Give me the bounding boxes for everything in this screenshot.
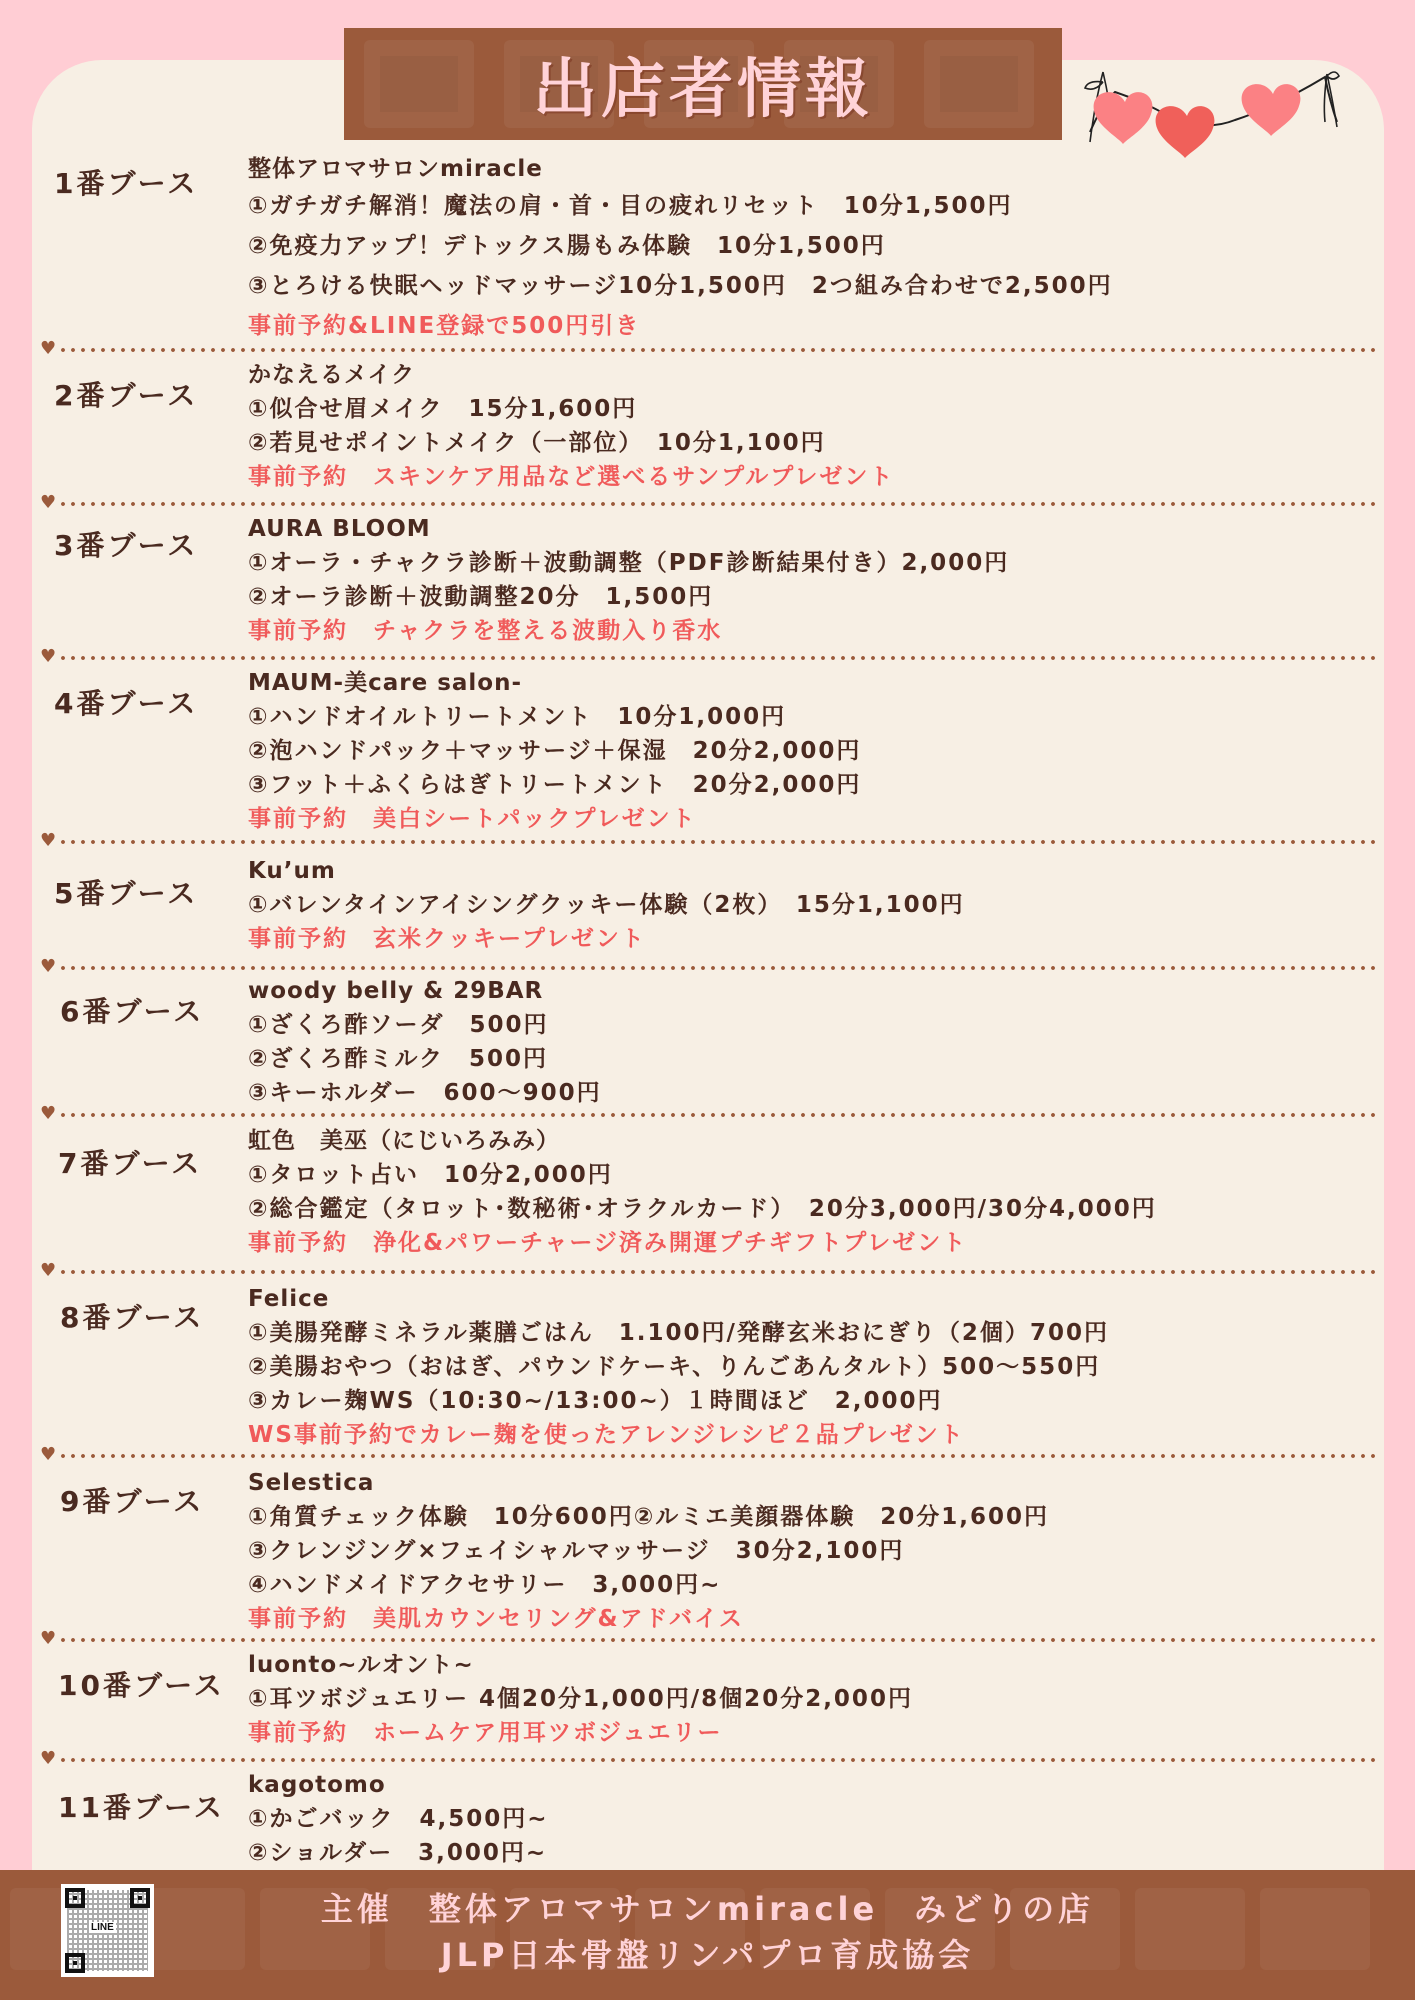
booth-label: 3番ブース	[54, 524, 198, 564]
heart-icon: ♥	[40, 1750, 56, 1768]
menu-item: ①タロット占い 10分2,000円	[248, 1158, 1374, 1192]
shop-name: luonto~ルオント~	[248, 1648, 1374, 1682]
shop-name: AURA BLOOM	[248, 512, 1374, 546]
menu-item: ①耳ツボジュエリー 4個20分1,000円/8個20分2,000円	[248, 1682, 1374, 1716]
menu-item: ③カレー麹WS（10:30~/13:00~）１時間ほど 2,000円	[248, 1384, 1374, 1418]
promo-text: 事前予約 玄米クッキープレゼント	[248, 922, 1374, 956]
separator: ♥	[40, 1448, 1380, 1462]
shop-name: Ku’um	[248, 854, 1374, 888]
page-title: 出店者情報	[533, 38, 873, 130]
booth-label: 2番ブース	[54, 374, 198, 414]
menu-item: ②免疫力アップ！デトックス腸もみ体験 10分1,500円	[248, 226, 1374, 266]
separator: ♥	[40, 496, 1380, 510]
organizer-line: 主催 整体アロマサロンmiracle みどりの店	[0, 1884, 1415, 1930]
menu-item: ②ショルダー 3,000円~	[248, 1836, 1374, 1870]
association-line: JLP日本骨盤リンパプロ育成協会	[0, 1930, 1415, 1976]
heart-icon: ♥	[40, 1446, 56, 1464]
menu-item: ①角質チェック体験 10分600円②ルミエ美顔器体験 20分1,600円	[248, 1500, 1374, 1534]
menu-item: ①ガチガチ解消！魔法の肩・首・目の疲れリセット 10分1,500円	[248, 186, 1374, 226]
menu-item: ③とろける快眠ヘッドマッサージ10分1,500円 2つ組み合わせで2,500円	[248, 266, 1374, 306]
shop-name: kagotomo	[248, 1768, 1374, 1802]
separator: ♥	[40, 1632, 1380, 1646]
menu-item: ①ハンドオイルトリートメント 10分1,000円	[248, 700, 1374, 734]
separator: ♥	[40, 1107, 1380, 1121]
booth-label: 4番ブース	[54, 682, 198, 722]
menu-item: ③クレンジング×フェイシャルマッサージ 30分2,100円	[248, 1534, 1374, 1568]
booth-label: 9番ブース	[60, 1480, 204, 1520]
menu-item: ②若見せポイントメイク（一部位） 10分1,100円	[248, 426, 1374, 460]
title-banner: 出店者情報	[344, 28, 1062, 140]
booth-label: 7番ブース	[58, 1142, 202, 1182]
menu-item: ②美腸おやつ（おはぎ、パウンドケーキ、りんごあんタルト）500〜550円	[248, 1350, 1374, 1384]
heart-icon: ♥	[40, 832, 56, 850]
shop-name: 整体アロマサロンmiracle	[248, 152, 1374, 186]
menu-item: ①ざくろ酢ソーダ 500円	[248, 1008, 1374, 1042]
shop-name: Selestica	[248, 1466, 1374, 1500]
menu-item: ②オーラ診断＋波動調整20分 1,500円	[248, 580, 1374, 614]
menu-item: ④ハンドメイドアクセサリー 3,000円~	[248, 1568, 1374, 1602]
heart-icon: ♥	[40, 340, 56, 358]
heart-icon: ♥	[40, 494, 56, 512]
booth-label: 10番ブース	[58, 1664, 225, 1704]
shop-name: MAUM-美care salon-	[248, 666, 1374, 700]
heart-icon: ♥	[40, 648, 56, 666]
separator: ♥	[40, 650, 1380, 664]
promo-text: 事前予約 スキンケア用品など選べるサンプルプレゼント	[248, 460, 1374, 494]
menu-item: ②総合鑑定（タロット･数秘術･オラクルカード） 20分3,000円/30分4,0…	[248, 1192, 1374, 1226]
heart-icon: ♥	[40, 1262, 56, 1280]
heart-icon: ♥	[40, 958, 56, 976]
menu-item: ①オーラ・チャクラ診断＋波動調整（PDF診断結果付き）2,000円	[248, 546, 1374, 580]
menu-item: ①かごバック 4,500円~	[248, 1802, 1374, 1836]
footer-banner: LINE 主催 整体アロマサロンmiracle みどりの店 JLP日本骨盤リンパ…	[0, 1870, 1415, 2000]
booth-label: 5番ブース	[54, 872, 198, 912]
shop-name: かなえるメイク	[248, 358, 1374, 392]
separator: ♥	[40, 834, 1380, 848]
promo-text: 事前予約 チャクラを整える波動入り香水	[248, 614, 1374, 648]
separator: ♥	[40, 342, 1380, 356]
heart-garland-icon	[1075, 62, 1355, 162]
separator: ♥	[40, 1264, 1380, 1278]
promo-text: 事前予約&LINE登録で500円引き	[248, 306, 1374, 346]
promo-text: 事前予約 ホームケア用耳ツボジュエリー	[248, 1716, 1374, 1750]
promo-text: WS事前予約でカレー麹を使ったアレンジレシピ２品プレゼント	[248, 1418, 1374, 1452]
separator: ♥	[40, 1752, 1380, 1766]
menu-item: ①美腸発酵ミネラル薬膳ごはん 1.100円/発酵玄米おにぎり（2個）700円	[248, 1316, 1374, 1350]
promo-text: 事前予約 美肌カウンセリング&アドバイス	[248, 1602, 1374, 1636]
menu-item: ②ざくろ酢ミルク 500円	[248, 1042, 1374, 1076]
heart-icon: ♥	[40, 1105, 56, 1123]
shop-name: 虹色 美巫（にじいろみみ）	[248, 1124, 1374, 1158]
shop-name: woody belly & 29BAR	[248, 974, 1374, 1008]
menu-item: ③フット＋ふくらはぎトリートメント 20分2,000円	[248, 768, 1374, 802]
menu-item: ③キーホルダー 600〜900円	[248, 1076, 1374, 1110]
booth-label: 6番ブース	[60, 990, 204, 1030]
booth-label: 1番ブース	[54, 162, 198, 202]
shop-name: Felice	[248, 1282, 1374, 1316]
separator: ♥	[40, 960, 1380, 974]
booth-label: 11番ブース	[58, 1786, 225, 1826]
heart-icon: ♥	[40, 1630, 56, 1648]
promo-text: 事前予約 美白シートパックプレゼント	[248, 802, 1374, 836]
menu-item: ①似合せ眉メイク 15分1,600円	[248, 392, 1374, 426]
booth-label: 8番ブース	[60, 1296, 204, 1336]
promo-text: 事前予約 浄化&パワーチャージ済み開運プチギフトプレゼント	[248, 1226, 1374, 1260]
menu-item: ①バレンタインアイシングクッキー体験（2枚） 15分1,100円	[248, 888, 1374, 922]
menu-item: ②泡ハンドパック＋マッサージ＋保湿 20分2,000円	[248, 734, 1374, 768]
